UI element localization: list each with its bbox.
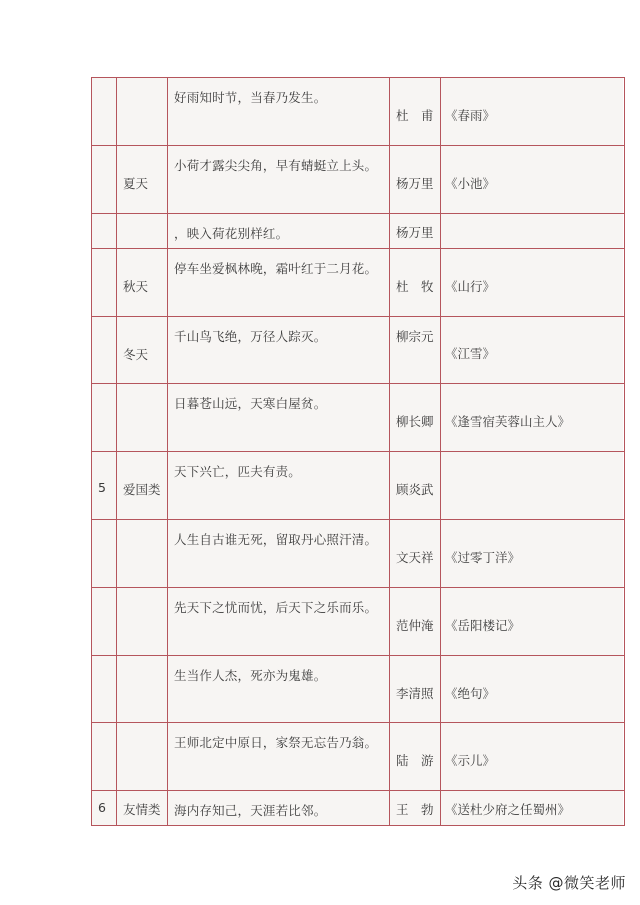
author: 文天祥: [396, 548, 434, 566]
row-number: 6: [98, 800, 106, 815]
verse: 千山鸟飞绝，万径人踪灭。: [174, 327, 326, 345]
category-cell: 爱国类: [117, 452, 168, 520]
row-number-cell: [92, 249, 117, 317]
row-number-cell: [92, 146, 117, 214]
verse: 生当作人杰，死亦为鬼雄。: [174, 666, 326, 684]
category-cell: [117, 656, 168, 723]
poem-title-cell: [441, 214, 625, 249]
poem-title: 《送杜少府之任蜀州》: [445, 800, 570, 818]
poem-title-cell: 《小池》: [441, 146, 625, 214]
category-cell: 夏天: [117, 146, 168, 214]
table-row: 6友情类海内存知己，天涯若比邻。王 勃《送杜少府之任蜀州》: [92, 791, 625, 826]
verse-cell: 停车坐爱枫林晚，霜叶红于二月花。: [168, 249, 390, 317]
category: 夏天: [123, 174, 148, 192]
row-number-cell: [92, 214, 117, 249]
poem-title: 《示儿》: [445, 751, 495, 769]
row-number-cell: [92, 78, 117, 146]
poem-title-cell: 《岳阳楼记》: [441, 588, 625, 656]
category: 爱国类: [123, 480, 161, 498]
author-cell: 柳长卿: [390, 384, 441, 452]
row-number-cell: [92, 384, 117, 452]
poem-title-cell: 《春雨》: [441, 78, 625, 146]
verse-cell: 先天下之忧而忧，后天下之乐而乐。: [168, 588, 390, 656]
category-cell: 友情类: [117, 791, 168, 826]
verse: 好雨知时节，当春乃发生。: [174, 88, 326, 106]
author: 杨万里: [396, 223, 434, 241]
verse-cell: 千山鸟飞绝，万径人踪灭。: [168, 317, 390, 384]
category: 友情类: [123, 800, 161, 818]
author: 王 勃: [396, 800, 434, 818]
verse-cell: 王师北定中原日，家祭无忘告乃翁。: [168, 723, 390, 791]
verse: 先天下之忧而忧，后天下之乐而乐。: [174, 598, 377, 616]
author: 陆 游: [396, 751, 434, 769]
author-cell: 李清照: [390, 656, 441, 723]
table-row: 夏天小荷才露尖尖角，早有蜻蜓立上头。杨万里《小池》: [92, 146, 625, 214]
verse: 人生自古谁无死，留取丹心照汗清。: [174, 530, 377, 548]
verse-cell: 好雨知时节，当春乃发生。: [168, 78, 390, 146]
verse-cell: 小荷才露尖尖角，早有蜻蜓立上头。: [168, 146, 390, 214]
category: 秋天: [123, 277, 148, 295]
verse-cell: 生当作人杰，死亦为鬼雄。: [168, 656, 390, 723]
author-cell: 杨万里: [390, 146, 441, 214]
table-row: 人生自古谁无死，留取丹心照汗清。文天祥《过零丁洋》: [92, 520, 625, 588]
table-row: 先天下之忧而忧，后天下之乐而乐。范仲淹《岳阳楼记》: [92, 588, 625, 656]
author: 杨万里: [396, 174, 434, 192]
author: 李清照: [396, 684, 434, 702]
poem-title: 《江雪》: [445, 344, 495, 362]
author-cell: 杜 甫: [390, 78, 441, 146]
poem-title-cell: 《送杜少府之任蜀州》: [441, 791, 625, 826]
author-cell: 文天祥: [390, 520, 441, 588]
category-cell: 冬天: [117, 317, 168, 384]
poem-title-cell: 《过零丁洋》: [441, 520, 625, 588]
category-cell: [117, 723, 168, 791]
poem-title-cell: 《逢雪宿芙蓉山主人》: [441, 384, 625, 452]
verse-cell: 日暮苍山远，天寒白屋贫。: [168, 384, 390, 452]
author: 柳长卿: [396, 412, 434, 430]
category-cell: [117, 588, 168, 656]
poem-title: 《绝句》: [445, 684, 495, 702]
author-cell: 范仲淹: [390, 588, 441, 656]
row-number-cell: 6: [92, 791, 117, 826]
poem-title: 《逢雪宿芙蓉山主人》: [445, 412, 570, 430]
category-cell: [117, 78, 168, 146]
verse: 停车坐爱枫林晚，霜叶红于二月花。: [174, 259, 377, 277]
table-row: 王师北定中原日，家祭无忘告乃翁。陆 游《示儿》: [92, 723, 625, 791]
author-cell: 王 勃: [390, 791, 441, 826]
verse: 王师北定中原日，家祭无忘告乃翁。: [174, 733, 377, 751]
author: 杜 牧: [396, 277, 434, 295]
row-number-cell: [92, 723, 117, 791]
category-cell: [117, 214, 168, 249]
verse: 天下兴亡，匹夫有责。: [174, 462, 301, 480]
poem-title: 《岳阳楼记》: [445, 616, 520, 634]
category-cell: [117, 384, 168, 452]
category: 冬天: [123, 345, 148, 363]
category-cell: 秋天: [117, 249, 168, 317]
table-row: 5爱国类天下兴亡，匹夫有责。顾炎武: [92, 452, 625, 520]
table-row: 秋天停车坐爱枫林晚，霜叶红于二月花。杜 牧《山行》: [92, 249, 625, 317]
author-cell: 杨万里: [390, 214, 441, 249]
verse: 小荷才露尖尖角，早有蜻蜓立上头。: [174, 156, 377, 174]
poem-title: 《山行》: [445, 277, 495, 295]
table-row: 冬天千山鸟飞绝，万径人踪灭。柳宗元《江雪》: [92, 317, 625, 384]
author-cell: 杜 牧: [390, 249, 441, 317]
author-cell: 陆 游: [390, 723, 441, 791]
poem-title-cell: 《示儿》: [441, 723, 625, 791]
author: 柳宗元: [396, 327, 434, 345]
table-row: 生当作人杰，死亦为鬼雄。李清照《绝句》: [92, 656, 625, 723]
row-number-cell: [92, 588, 117, 656]
row-number-cell: [92, 656, 117, 723]
verse-cell: 天下兴亡，匹夫有责。: [168, 452, 390, 520]
poem-title-cell: 《江雪》: [441, 317, 625, 384]
poems-table: 好雨知时节，当春乃发生。杜 甫《春雨》夏天小荷才露尖尖角，早有蜻蜓立上头。杨万里…: [91, 77, 625, 826]
table-row: 好雨知时节，当春乃发生。杜 甫《春雨》: [92, 78, 625, 146]
watermark: 头条 @微笑老师: [512, 872, 626, 893]
row-number: 5: [98, 480, 106, 495]
author: 范仲淹: [396, 616, 434, 634]
poem-title-cell: [441, 452, 625, 520]
verse-cell: 人生自古谁无死，留取丹心照汗清。: [168, 520, 390, 588]
author-cell: 顾炎武: [390, 452, 441, 520]
author-cell: 柳宗元: [390, 317, 441, 384]
poem-title-cell: 《绝句》: [441, 656, 625, 723]
row-number-cell: [92, 520, 117, 588]
row-number-cell: [92, 317, 117, 384]
verse: 海内存知己，天涯若比邻。: [174, 801, 326, 819]
verse: ，映入荷花别样红。: [174, 224, 288, 242]
verse-cell: 海内存知己，天涯若比邻。: [168, 791, 390, 826]
table-row: 日暮苍山远，天寒白屋贫。柳长卿《逢雪宿芙蓉山主人》: [92, 384, 625, 452]
poem-title: 《过零丁洋》: [445, 548, 520, 566]
poem-title: 《春雨》: [445, 106, 495, 124]
author: 顾炎武: [396, 480, 434, 498]
category-cell: [117, 520, 168, 588]
table-row: ，映入荷花别样红。杨万里: [92, 214, 625, 249]
author: 杜 甫: [396, 106, 434, 124]
row-number-cell: 5: [92, 452, 117, 520]
poem-title: 《小池》: [445, 174, 495, 192]
verse: 日暮苍山远，天寒白屋贫。: [174, 394, 326, 412]
poem-title-cell: 《山行》: [441, 249, 625, 317]
verse-cell: ，映入荷花别样红。: [168, 214, 390, 249]
